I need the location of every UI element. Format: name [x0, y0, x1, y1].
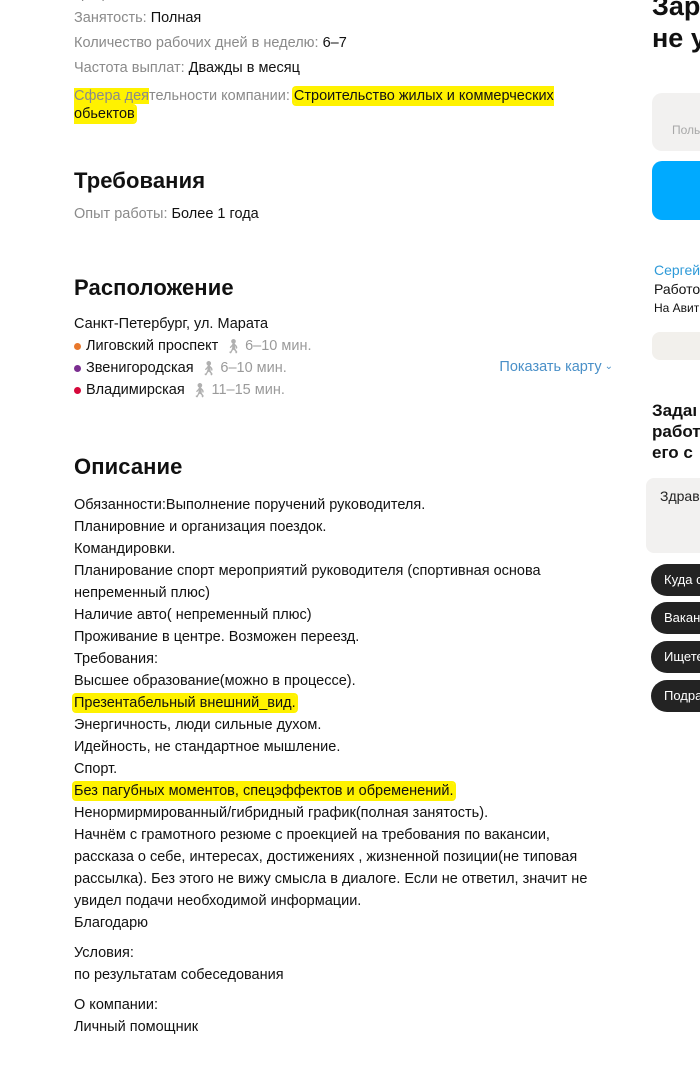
phone-input[interactable]: Поль: [652, 93, 700, 151]
description-line: Планировние и организация поездок.: [74, 516, 619, 538]
message-input-text: Здрав: [660, 488, 700, 504]
highlight-mark: Сфера дея: [74, 88, 149, 104]
sidebar-title-line: Зар: [652, 0, 700, 22]
description-line: рассылка). Без этого не вижу смысла в ди…: [74, 868, 619, 890]
ask-title-line: Задаı: [652, 400, 700, 421]
chevron-down-icon: ⌄: [605, 361, 613, 372]
metro-line-dot: [74, 365, 81, 372]
pedestrian-icon: 🚶︎: [191, 379, 209, 401]
quick-question-chip[interactable]: Ищете: [651, 641, 700, 673]
conditions-label: Условия:: [74, 942, 619, 964]
param-value: 6–7: [323, 35, 347, 51]
description-line: Благодарю: [74, 912, 619, 934]
description-line: Наличие авто( непременный плюс): [74, 604, 619, 626]
description-line: увидел подачи необходимой информации.: [74, 890, 619, 912]
section-location: Расположение Санкт-Петербург, ул. Марата…: [74, 275, 619, 405]
quick-question-chip[interactable]: Подра: [651, 680, 700, 712]
metro-station-name: Владимирская: [86, 379, 185, 401]
pedestrian-icon: 🚶︎: [200, 357, 218, 379]
metro-line-dot: [74, 343, 81, 350]
highlighted-text: Без пагубных моментов, спецэффектов и об…: [74, 783, 454, 799]
section-requirements: Требования Опыт работы: Более 1 года: [74, 168, 619, 229]
param-label: Количество рабочих дней в неделю:: [74, 35, 319, 51]
seller-action-button[interactable]: [652, 332, 700, 360]
param-label: Занятость:: [74, 10, 147, 26]
conditions-value: по результатам собеседования: [74, 964, 619, 986]
section-title: Требования: [74, 168, 619, 194]
show-map-link[interactable]: Показать карту⌄: [499, 359, 613, 375]
quick-question-chip[interactable]: Куда с: [651, 564, 700, 596]
ask-title-line: его с: [652, 442, 700, 463]
section-title: Описание: [74, 454, 619, 480]
description-line: непременный плюс): [74, 582, 619, 604]
description-line: Командировки.: [74, 538, 619, 560]
param-payout: Частота выплат: Дважды в месяц: [74, 58, 619, 83]
quick-question-chip[interactable]: Ваканс: [651, 602, 700, 634]
metro-station-name: Лиговский проспект: [86, 335, 218, 357]
walk-time: 11–15 мин.: [212, 379, 285, 401]
param-industry: Сфера деятельности компании: Строительст…: [74, 87, 574, 123]
metro-station-name: Звенигородская: [86, 357, 194, 379]
ask-seller-title: Задаı работ его с: [652, 400, 700, 463]
show-map-label: Показать карту: [499, 359, 601, 375]
param-value: Дважды в месяц: [189, 60, 300, 76]
param-employment: Занятость: Полная: [74, 8, 619, 33]
metro-line-dot: [74, 387, 81, 394]
sidebar-title: Зар не у: [652, 0, 700, 54]
description-line: Без пагубных моментов, спецэффектов и об…: [74, 780, 619, 802]
description-line: Высшее образование(можно в процессе).: [74, 670, 619, 692]
sidebar-title-line: не у: [652, 22, 700, 54]
seller-type: Работо: [654, 281, 700, 297]
description-line: Идейность, не стандартное мышление.: [74, 736, 619, 758]
description-line: Проживание в центре. Возможен переезд.: [74, 626, 619, 648]
vacancy-params: График: Занятость: Полная Количество раб…: [74, 0, 619, 123]
walk-time: 6–10 мин.: [220, 357, 286, 379]
metro-station: Лиговский проспект🚶︎6–10 мин.: [74, 335, 619, 357]
highlighted-text: Презентабельный внешний_вид.: [74, 695, 296, 711]
walk-time: 6–10 мин.: [245, 335, 311, 357]
param-workdays: Количество рабочих дней в неделю: 6–7: [74, 33, 619, 58]
param-value: Более 1 года: [172, 206, 259, 222]
param-label: Опыт работы:: [74, 206, 168, 222]
description-text: Обязанности:Выполнение поручений руковод…: [74, 494, 619, 934]
description-line: Начнём с грамотного резюме с проекцией н…: [74, 824, 619, 846]
param-label: Сфера деятельности компании:: [74, 88, 290, 104]
primary-action-button[interactable]: [652, 161, 700, 220]
seller-name-link[interactable]: Сергей: [654, 262, 700, 278]
pedestrian-icon: 🚶︎: [224, 335, 242, 357]
param-label: Частота выплат:: [74, 60, 185, 76]
phone-input-placeholder: Поль: [672, 123, 700, 137]
description-line: Презентабельный внешний_вид.: [74, 692, 619, 714]
param-value: Полная: [151, 10, 202, 26]
param-experience: Опыт работы: Более 1 года: [74, 204, 619, 229]
company-value: Личный помощник: [74, 1016, 619, 1038]
description-line: Ненормирмированный/гибридный график(полн…: [74, 802, 619, 824]
company-label: О компании:: [74, 994, 619, 1016]
description-line: Спорт.: [74, 758, 619, 780]
description-line: рассказа о себе, интересах, достижениях …: [74, 846, 619, 868]
seller-since: На Авит: [654, 301, 699, 315]
description-line: Энергичность, люди сильные духом.: [74, 714, 619, 736]
description-line: Планирование спорт мероприятий руководит…: [74, 560, 619, 582]
description-line: Обязанности:Выполнение поручений руковод…: [74, 494, 619, 516]
metro-station: Владимирская🚶︎11–15 мин.: [74, 379, 619, 401]
section-title: Расположение: [74, 275, 619, 301]
param-schedule-label-cut: График:: [74, 0, 128, 2]
section-description: Описание Обязанности:Выполнение поручени…: [74, 454, 619, 1038]
address: Санкт-Петербург, ул. Марата: [74, 313, 619, 335]
message-input[interactable]: Здрав: [646, 478, 700, 553]
description-line: Требования:: [74, 648, 619, 670]
ask-title-line: работ: [652, 421, 700, 442]
